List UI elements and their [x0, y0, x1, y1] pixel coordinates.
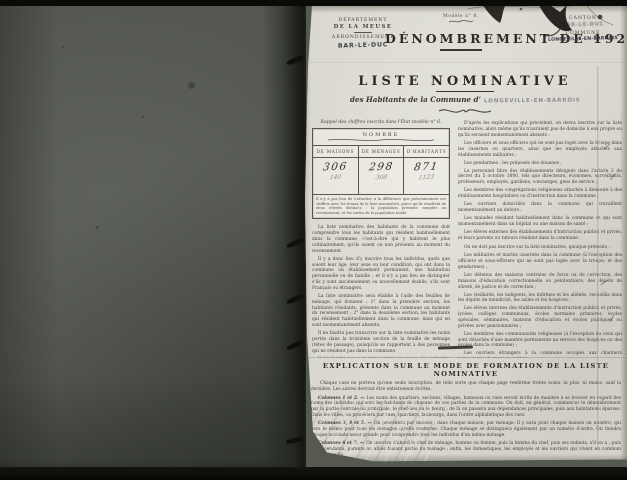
census-form-page: DÉPARTEMENT DE LA MEUSE ARRONDISSEMENT B… [303, 6, 627, 464]
vertical-fold-crease [597, 66, 600, 446]
recall-column-headers: DE MAISONSDE MÉNAGESD'HABITANTS [313, 145, 449, 158]
binding-stitch [286, 238, 303, 249]
table-flourish [326, 138, 436, 142]
title-underline-rule [436, 91, 494, 92]
form-header: DÉPARTEMENT DE LA MEUSE ARRONDISSEMENT B… [303, 6, 627, 64]
recall-value-cell: 306 140 [313, 158, 358, 194]
explanation-title: EXPLICATION SUR LE MODE DE FORMATION DE … [311, 362, 621, 378]
recall-column-header: DE MÉNAGES [358, 146, 404, 157]
binding-stitch [286, 294, 303, 305]
divider-rule [354, 32, 372, 33]
denombrement-title: DÉNOMBREMENT DE 1921 [385, 31, 537, 46]
recall-caption: Rappel des chiffres inscrits dans l'État… [312, 120, 450, 125]
handwritten-pencil-value: 308 [358, 173, 405, 182]
recall-values-row: 306 140 298 308 871 1123 [313, 158, 449, 194]
instruction-paragraph: La liste nominative des habitants de la … [312, 225, 450, 254]
commune-stamp-inline: LONGEVILLE-EN-BARROIS [484, 98, 581, 105]
scan-border-bottom [0, 467, 627, 480]
subtitle-line: des Habitants de la Commune d’ LONGEVILL… [303, 95, 627, 104]
header-commune-block: CANTON BAR-LE-DUC COMMUNE LONGEVILLE-EN-… [542, 16, 624, 42]
flourish-squiggle [448, 19, 474, 24]
binding-stitch [286, 340, 303, 351]
column-reference-lead: Colonne 11. — [318, 462, 354, 464]
recall-value-cell: 298 308 [358, 158, 404, 194]
instruction-paragraph: La liste nominative sera établie à l'aid… [312, 294, 450, 329]
handwritten-pencil-value: 140 [312, 173, 359, 182]
recall-value-cell: 871 1123 [403, 158, 449, 194]
binding-stitch [286, 55, 303, 66]
liste-nominative-title: LISTE NOMINATIVE [303, 74, 627, 89]
explanation-paragraph: Chaque case ne portera qu'une seule insc… [311, 381, 621, 393]
subtitle-text: des Habitants de la Commune d’ [350, 95, 481, 104]
title-underline-rule [440, 49, 482, 51]
cover-speck [168, 392, 171, 394]
binding-stitch [286, 436, 303, 443]
handwritten-ink-value: 298 [358, 161, 405, 175]
corner-wrinkles [303, 401, 433, 464]
recall-table-title: NOMBRE [313, 129, 449, 138]
flourish-divider [437, 107, 493, 115]
scanned-register-photo: DÉPARTEMENT DE LA MEUSE ARRONDISSEMENT B… [0, 0, 627, 480]
two-column-body: Rappel des chiffres inscrits dans l'État… [303, 115, 627, 358]
binding-gutter [262, 0, 306, 480]
left-column: Rappel des chiffres inscrits dans l'État… [312, 120, 450, 358]
explanation-text: Chaque case ne portera qu'une seule insc… [311, 381, 621, 392]
cover-speck [62, 46, 64, 48]
cover-speck [96, 226, 98, 229]
handwritten-ink-value: 306 [312, 161, 359, 175]
recall-table: NOMBRE DE MAISONSDE MÉNAGESD'HABITANTS 3… [312, 128, 450, 219]
scan-border-top [0, 0, 627, 6]
cover-speck [142, 116, 144, 118]
recall-column-header: D'HABITANTS [403, 146, 449, 157]
horizontal-crease [303, 61, 627, 63]
left-column-paragraphs: La liste nominative des habitants de la … [312, 225, 450, 358]
recall-column-header: DE MAISONS [313, 146, 358, 157]
explanation-text: On fera connaître dans cette colonne la … [311, 462, 621, 464]
horizontal-crease [303, 356, 627, 358]
instruction-paragraph: Il ne faudra pas transcrire sur la liste… [312, 331, 450, 354]
header-title-block: Modèle n° 8. DÉNOMBREMENT DE 1921 [385, 14, 537, 51]
recall-footnote: Il n'y a pas lieu de s'attacher à la dif… [313, 194, 449, 218]
form-model-reference: Modèle n° 8. [385, 14, 537, 19]
canton-stamp: BAR-LE-DUC [542, 21, 624, 29]
explanation-paragraph: Colonne 11. —On fera connaître dans cett… [311, 462, 621, 464]
cover-stain [188, 82, 195, 89]
register-inside-cover [0, 0, 305, 480]
cover-speck [232, 302, 234, 304]
instruction-paragraph: Il y a donc lieu d'y inscrire tous les i… [312, 257, 450, 292]
handwritten-ink-value: 871 [403, 161, 450, 175]
handwritten-pencil-value: 1123 [403, 173, 450, 182]
column-reference-lead: Colonnes 1 et 2. — [318, 396, 365, 401]
